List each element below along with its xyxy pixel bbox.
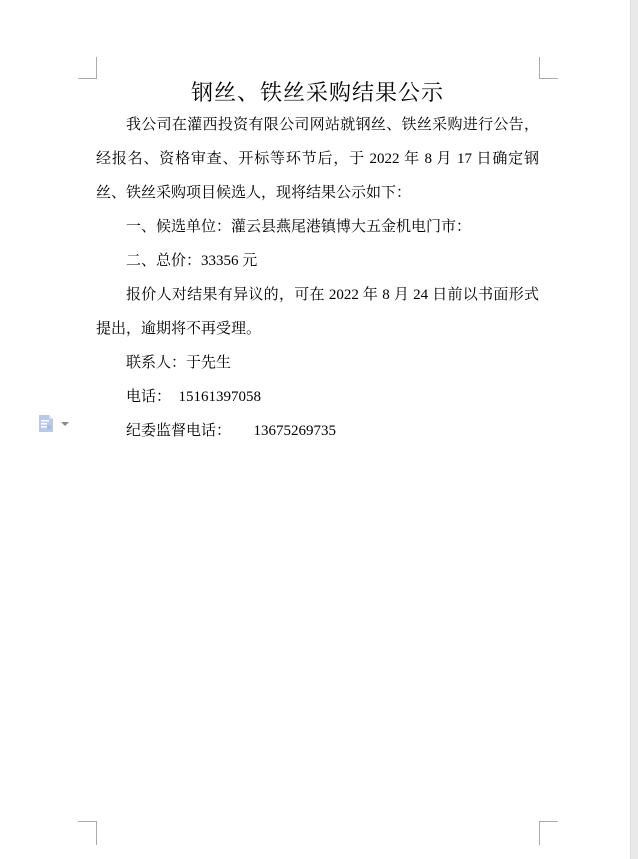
paste-options-button[interactable]	[38, 414, 69, 433]
margin-crop-mark-top-left	[78, 57, 97, 79]
paragraph-intro: 我公司在灌西投资有限公司网站就钢丝、铁丝采购进行公告，经报名、资格审查、开标等环…	[96, 108, 539, 210]
paragraph-supervision-phone: 纪委监督电话： 13675269735	[96, 414, 539, 448]
document-page: 钢丝、铁丝采购结果公示 我公司在灌西投资有限公司网站就钢丝、铁丝采购进行公告，经…	[0, 0, 638, 859]
page-edge-strip	[630, 0, 638, 859]
paragraph-phone: 电话： 15161397058	[96, 380, 539, 414]
paragraph-objection-notice: 报价人对结果有异议的，可在 2022 年 8 月 24 日前以书面形式提出，逾期…	[96, 278, 539, 346]
paragraph-candidate-unit: 一、候选单位：灌云县燕尾港镇博大五金机电门市：	[96, 210, 539, 244]
chevron-down-icon[interactable]	[61, 422, 69, 426]
document-title: 钢丝、铁丝采购结果公示	[96, 78, 539, 108]
margin-crop-mark-bottom-left	[78, 821, 97, 845]
margin-crop-mark-top-right	[539, 57, 558, 79]
document-body: 钢丝、铁丝采购结果公示 我公司在灌西投资有限公司网站就钢丝、铁丝采购进行公告，经…	[96, 78, 539, 448]
paragraph-total-price: 二、总价：33356 元	[96, 244, 539, 278]
paste-options-icon	[38, 414, 54, 433]
paragraph-contact-person: 联系人：于先生	[96, 346, 539, 380]
margin-crop-mark-bottom-right	[539, 821, 558, 845]
